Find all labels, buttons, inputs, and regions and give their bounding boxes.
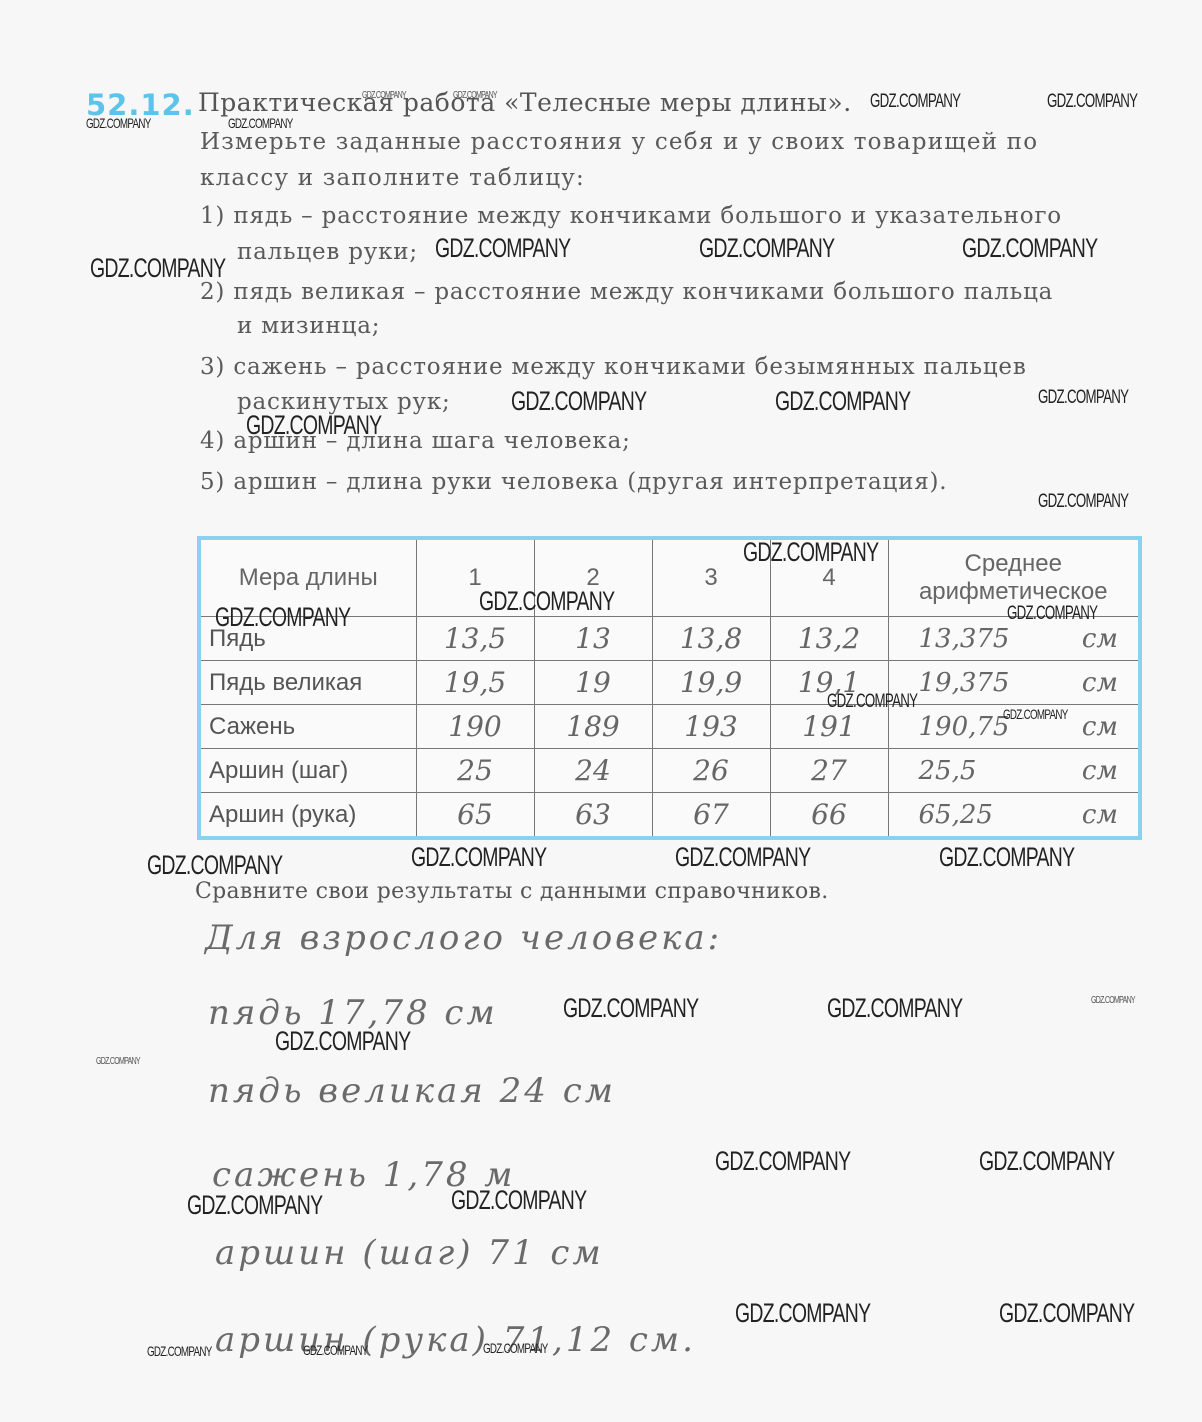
definition-text: сажень – расстояние между кончиками безы… [233,354,1026,380]
row-label: Пядь великая [201,661,416,705]
watermark: GDZ.COMPANY [979,1146,1114,1177]
average-value: 25,5 [919,756,977,786]
header-average-line-1: Среднее [889,550,1139,578]
cell-value: 25 [416,749,534,793]
watermark: GDZ.COMPANY [1047,91,1137,113]
average-value: 65,25 [919,800,993,830]
definition-5: 5) аршин – длина руки человека (другая и… [200,469,947,495]
watermark: GDZ.COMPANY [451,1185,586,1216]
watermark: GDZ.COMPANY [827,691,917,713]
row-label: Сажень [201,705,416,749]
measurement-table-frame: Мера длины 1 2 3 4 Среднее арифметическо… [197,536,1142,840]
cell-value: 190 [416,705,534,749]
cell-value: 13,2 [770,617,888,661]
header-average-line-2: арифметическое [889,578,1139,606]
watermark: GDZ.COMPANY [1003,706,1068,722]
watermark: GDZ.COMPANY [187,1190,322,1221]
watermark: GDZ.COMPANY [147,850,282,881]
watermark: GDZ.COMPANY [775,386,910,417]
watermark: GDZ.COMPANY [275,1026,410,1057]
definition-number: 1) [200,203,225,229]
cell-average: 19,375см [888,661,1138,705]
definition-number: 4) [200,428,225,454]
intro-line-1: Измерьте заданные расстояния у себя и у … [200,129,1038,155]
watermark: GDZ.COMPANY [1038,387,1128,409]
watermark: GDZ.COMPANY [411,842,546,873]
watermark: GDZ.COMPANY [999,1298,1134,1329]
watermark: GDZ.COMPANY [453,90,497,101]
watermark: GDZ.COMPANY [96,1056,140,1067]
cell-average: 25,5см [888,749,1138,793]
definition-2: 2) пядь великая – расстояние между кончи… [200,279,1053,305]
watermark: GDZ.COMPANY [870,91,960,113]
cell-value: 27 [770,749,888,793]
average-value: 19,375 [919,668,1010,698]
watermark: GDZ.COMPANY [511,386,646,417]
cell-value: 24 [534,749,652,793]
task-title: Практическая работа «Телесные меры длины… [198,88,852,117]
cell-value: 13,5 [416,617,534,661]
definition-text: пядь великая – расстояние между кончикам… [233,279,1053,305]
average-unit: см [1082,800,1118,830]
cell-value: 193 [652,705,770,749]
watermark: GDZ.COMPANY [1007,603,1097,625]
average-value: 190,75 [919,712,1010,742]
watermark: GDZ.COMPANY [563,993,698,1024]
intro-line-2: классу и заполните таблицу: [200,165,585,191]
watermark: GDZ.COMPANY [147,1343,212,1359]
definition-number: 5) [200,469,225,495]
answer-line-4: аршин (шаг) 71 см [215,1233,604,1273]
answer-intro: Для взрослого человека: [205,918,722,958]
compare-prompt: Сравните свои результаты с данными справ… [195,879,829,904]
table-row: Пядь великая 19,5 19 19,9 19,1 19,375см [201,661,1138,705]
average-unit: см [1082,712,1118,742]
cell-value: 19,9 [652,661,770,705]
cell-value: 189 [534,705,652,749]
cell-value: 19,5 [416,661,534,705]
cell-value: 13,8 [652,617,770,661]
definition-3: 3) сажень – расстояние между кончиками б… [200,354,1027,380]
watermark: GDZ.COMPANY [362,90,406,101]
watermark: GDZ.COMPANY [715,1146,850,1177]
watermark: GDZ.COMPANY [735,1298,870,1329]
watermark: GDZ.COMPANY [435,233,570,264]
watermark: GDZ.COMPANY [827,993,962,1024]
watermark: GDZ.COMPANY [86,115,151,131]
cell-average: 65,25см [888,793,1138,836]
watermark: GDZ.COMPANY [215,602,350,633]
average-unit: см [1082,756,1118,786]
table-row: Аршин (шаг) 25 24 26 27 25,5см [201,749,1138,793]
watermark: GDZ.COMPANY [90,253,225,284]
table-row: Сажень 190 189 193 191 190,75см [201,705,1138,749]
definition-2-cont: и мизинца; [237,313,380,339]
watermark: GDZ.COMPANY [228,115,293,131]
answer-line-5: аршин (рука) 71,12 см. [215,1320,696,1360]
cell-value: 63 [534,793,652,836]
watermark: GDZ.COMPANY [246,410,381,441]
definition-number: 3) [200,354,225,380]
watermark: GDZ.COMPANY [699,233,834,264]
definition-text: аршин – длина руки человека (другая инте… [233,469,947,495]
cell-value: 67 [652,793,770,836]
definition-text: пядь – расстояние между кончиками большо… [233,203,1062,229]
measurement-table: Мера длины 1 2 3 4 Среднее арифметическо… [201,540,1138,836]
watermark: GDZ.COMPANY [303,1342,368,1358]
row-label: Аршин (рука) [201,793,416,836]
definition-1: 1) пядь – расстояние между кончиками бол… [200,203,1062,229]
cell-value: 13 [534,617,652,661]
cell-value: 26 [652,749,770,793]
watermark: GDZ.COMPANY [939,842,1074,873]
average-unit: см [1082,668,1118,698]
watermark: GDZ.COMPANY [1091,995,1135,1006]
cell-value: 66 [770,793,888,836]
cell-value: 65 [416,793,534,836]
watermark: GDZ.COMPANY [479,586,614,617]
cell-value: 19 [534,661,652,705]
watermark: GDZ.COMPANY [962,233,1097,264]
watermark: GDZ.COMPANY [483,1340,548,1356]
watermark: GDZ.COMPANY [743,537,878,568]
table-row: Аршин (рука) 65 63 67 66 65,25см [201,793,1138,836]
definition-1-cont: пальцев руки; [237,239,418,265]
answer-line-2: пядь великая 24 см [208,1071,616,1111]
watermark: GDZ.COMPANY [675,842,810,873]
average-value: 13,375 [919,624,1010,654]
average-unit: см [1082,624,1118,654]
row-label: Аршин (шаг) [201,749,416,793]
watermark: GDZ.COMPANY [1038,491,1128,513]
